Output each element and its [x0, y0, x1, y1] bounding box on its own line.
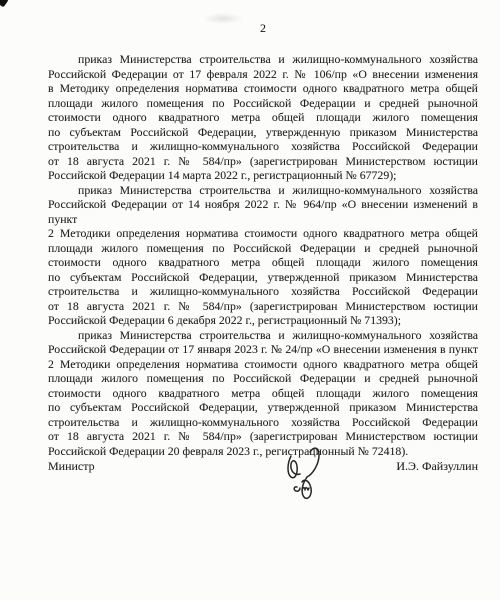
paragraph-line: Российской Федерации 6 декабря 2022 г., … — [48, 313, 478, 328]
paragraph-line: строительства и жилищно-коммунального хо… — [48, 415, 478, 430]
paragraph-line: 2 Методики определения норматива стоимос… — [48, 357, 478, 372]
paragraph-line: по субъектам Российской Федерации, утвер… — [48, 125, 478, 140]
paragraph-line: строительства и жилищно-коммунального хо… — [48, 284, 478, 299]
paragraph-line: Российской Федерации от 14 ноября 2022 г… — [48, 197, 478, 226]
paragraph-line: Российской Федерации 20 февраля 2023 г.,… — [48, 444, 478, 459]
scan-artifact-icon — [0, 0, 9, 7]
paragraph: приказ Министерства строительства и жили… — [48, 183, 478, 328]
paragraph-line: приказ Министерства строительства и жили… — [48, 52, 478, 67]
paragraph: приказ Министерства строительства и жили… — [48, 52, 478, 183]
paragraph-line: стоимости одного квадратного метра общей… — [48, 110, 478, 125]
document-page: 2 приказ Министерства строительства и жи… — [0, 0, 500, 600]
paragraph-line: площади жилого помещения по Российской Ф… — [48, 241, 478, 256]
paragraph-line: Российской Федерации от 17 февраля 2022 … — [48, 67, 478, 82]
paragraph-line: 2 Методики определения норматива стоимос… — [48, 226, 478, 241]
paragraph-line: приказ Министерства строительства и жили… — [48, 328, 478, 343]
paragraph-line: от 18 августа 2021 г. № 584/пр» (зарегис… — [48, 429, 478, 444]
signature-block: Министр И.Э. Файзуллин — [48, 459, 478, 474]
paragraph-line: площади жилого помещения по Российской Ф… — [48, 371, 478, 386]
paragraph-line: по субъектам Российской Федерации, утвер… — [48, 270, 478, 285]
signer-title-label: Министр — [48, 459, 95, 474]
paragraph-line: стоимости одного квадратного метра общей… — [48, 386, 478, 401]
signer-name-label: И.Э. Файзуллин — [396, 459, 478, 474]
paragraph-line: от 18 августа 2021 г. № 584/пр» (зарегис… — [48, 299, 478, 314]
paragraph-line: площади жилого помещения по Российской Ф… — [48, 96, 478, 111]
paragraph-line: приказ Министерства строительства и жили… — [48, 183, 478, 198]
paragraph-line: стоимости одного квадратного метра общей… — [48, 255, 478, 270]
paragraph-line: от 18 августа 2021 г. № 584/пр» (зарегис… — [48, 154, 478, 169]
paragraph-line: в Методику определения норматива стоимос… — [48, 81, 478, 96]
paragraph-line: по субъектам Российской Федерации, утвер… — [48, 400, 478, 415]
paragraph-line: Российской Федерации 14 марта 2022 г., р… — [48, 168, 478, 183]
paragraph-line: строительства и жилищно-коммунального хо… — [48, 139, 478, 154]
paragraph-line: Российской Федерации от 17 января 2023 г… — [48, 342, 478, 357]
signature-icon — [282, 445, 328, 505]
document-body: приказ Министерства строительства и жили… — [48, 52, 478, 458]
page-number: 2 — [48, 21, 478, 36]
paragraph: приказ Министерства строительства и жили… — [48, 328, 478, 459]
